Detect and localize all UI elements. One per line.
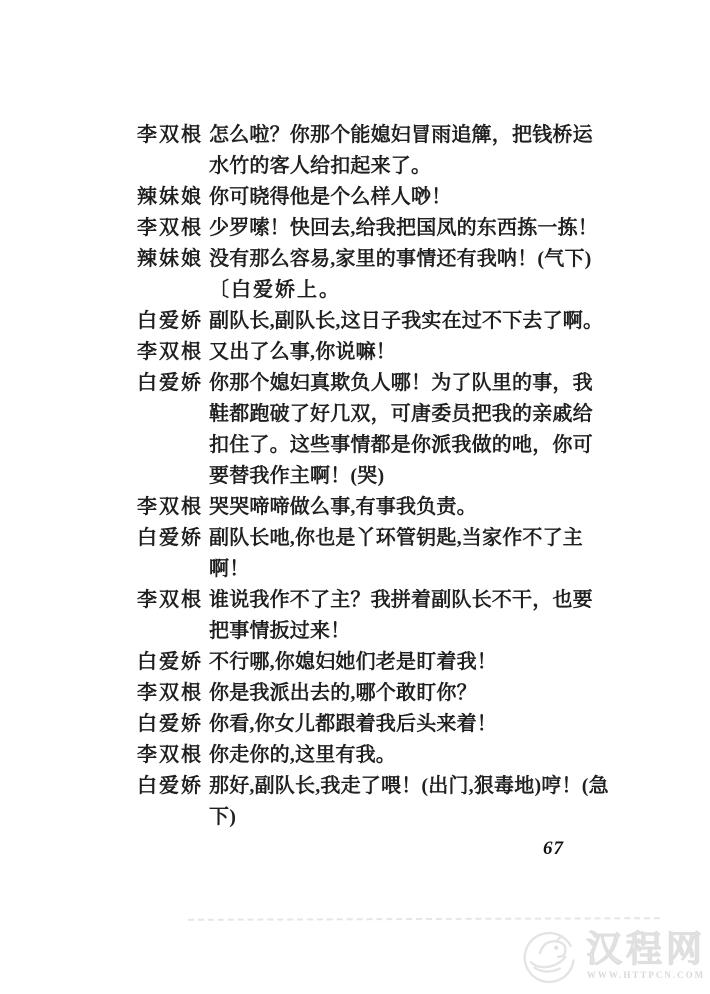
speaker-name: 辣妹娘 <box>137 182 203 213</box>
dialogue-text: 怎么啦？你那个能媳妇冒雨追簰，把钱桥运水竹的客人给扣起来了。 <box>209 120 609 182</box>
dialogue-entry: 李双根 怎么啦？你那个能媳妇冒雨追簰，把钱桥运水竹的客人给扣起来了。 <box>137 120 617 182</box>
dialogue-entry: 辣妹娘 没有那么容易,家里的事情还有我呐！(气下) <box>137 244 617 275</box>
dialogue-entry: 李双根 你走你的,这里有我。 <box>137 740 617 771</box>
dialogue-entry: 辣妹娘 你可晓得他是个么样人唦！ <box>137 182 617 213</box>
dialogue-text: 你可晓得他是个么样人唦！ <box>209 182 609 213</box>
speaker-name: 李双根 <box>137 213 203 244</box>
dialogue-entry: 白爱娇 你看,你女儿都跟着我后头来着！ <box>137 709 617 740</box>
speaker-name: 辣妹娘 <box>137 244 203 275</box>
dialogue-text: 副队长吔,你也是丫环管钥匙,当家作不了主啊！ <box>209 523 609 585</box>
dialogue-entry: 李双根 哭哭啼啼做么事,有事我负责。 <box>137 492 617 523</box>
watermark: 汉程网 WWW.HTTPCN.COM <box>520 926 706 984</box>
speaker-name: 白爱娇 <box>137 647 203 678</box>
speaker-name: 白爱娇 <box>137 771 203 802</box>
dialogue-text: 那好,副队长,我走了喂！(出门,狠毒地)哼！(急下) <box>209 771 609 833</box>
speaker-name: 李双根 <box>137 120 203 151</box>
dialogue-entry: 白爱娇 副队长,副队长,这日子我实在过不下去了啊。 <box>137 306 617 337</box>
dialogue-text: 不行哪,你媳妇她们老是盯着我！ <box>209 647 609 678</box>
dialogue-entry: 白爱娇 副队长吔,你也是丫环管钥匙,当家作不了主啊！ <box>137 523 617 585</box>
dialogue-list: 李双根 怎么啦？你那个能媳妇冒雨追簰，把钱桥运水竹的客人给扣起来了。 辣妹娘 你… <box>137 120 617 833</box>
page-number: 67 <box>543 838 564 860</box>
dialogue-text: 少罗嗦！快回去,给我把国凤的东西拣一拣！ <box>209 213 609 244</box>
scan-artifact-dashed-line <box>188 917 660 921</box>
dialogue-text: 哭哭啼啼做么事,有事我负责。 <box>209 492 609 523</box>
dialogue-text: 又出了么事,你说嘛！ <box>209 337 609 368</box>
speaker-name: 李双根 <box>137 585 203 616</box>
speaker-name: 李双根 <box>137 740 203 771</box>
dialogue-entry: 〔白爱娇上。 <box>137 275 617 306</box>
watermark-site-name: 汉程网 <box>586 931 706 967</box>
speaker-name: 李双根 <box>137 492 203 523</box>
dialogue-text: 副队长,副队长,这日子我实在过不下去了啊。 <box>209 306 609 337</box>
dialogue-entry: 李双根 又出了么事,你说嘛！ <box>137 337 617 368</box>
dragon-logo-icon <box>520 926 578 984</box>
speaker-name: 白爱娇 <box>137 709 203 740</box>
speaker-name: 李双根 <box>137 337 203 368</box>
book-page: 李双根 怎么啦？你那个能媳妇冒雨追簰，把钱桥运水竹的客人给扣起来了。 辣妹娘 你… <box>0 0 710 994</box>
dialogue-entry: 李双根 你是我派出去的,哪个敢盯你？ <box>137 678 617 709</box>
dialogue-text: 你那个媳妇真欺负人哪！为了队里的事，我鞋都跑破了好几双，可唐委员把我的亲戚给扣住… <box>209 368 609 492</box>
dialogue-entry: 白爱娇 那好,副队长,我走了喂！(出门,狠毒地)哼！(急下) <box>137 771 617 833</box>
dialogue-entry: 李双根 谁说我作不了主？我拼着副队长不干，也要把事情扳过来！ <box>137 585 617 647</box>
dialogue-entry: 白爱娇 不行哪,你媳妇她们老是盯着我！ <box>137 647 617 678</box>
speaker-name: 白爱娇 <box>137 306 203 337</box>
dialogue-entry: 白爱娇 你那个媳妇真欺负人哪！为了队里的事，我鞋都跑破了好几双，可唐委员把我的亲… <box>137 368 617 492</box>
speaker-name: 白爱娇 <box>137 523 203 554</box>
dialogue-text: 〔白爱娇上。 <box>209 275 609 306</box>
dialogue-text: 你看,你女儿都跟着我后头来着！ <box>209 709 609 740</box>
watermark-text: 汉程网 WWW.HTTPCN.COM <box>586 931 706 980</box>
dialogue-text: 你走你的,这里有我。 <box>209 740 609 771</box>
speaker-name: 李双根 <box>137 678 203 709</box>
dialogue-text: 谁说我作不了主？我拼着副队长不干，也要把事情扳过来！ <box>209 585 609 647</box>
dialogue-text: 没有那么容易,家里的事情还有我呐！(气下) <box>209 244 609 275</box>
dialogue-text: 你是我派出去的,哪个敢盯你？ <box>209 678 609 709</box>
watermark-site-url: WWW.HTTPCN.COM <box>587 970 705 980</box>
speaker-name: 白爱娇 <box>137 368 203 399</box>
dialogue-entry: 李双根 少罗嗦！快回去,给我把国凤的东西拣一拣！ <box>137 213 617 244</box>
